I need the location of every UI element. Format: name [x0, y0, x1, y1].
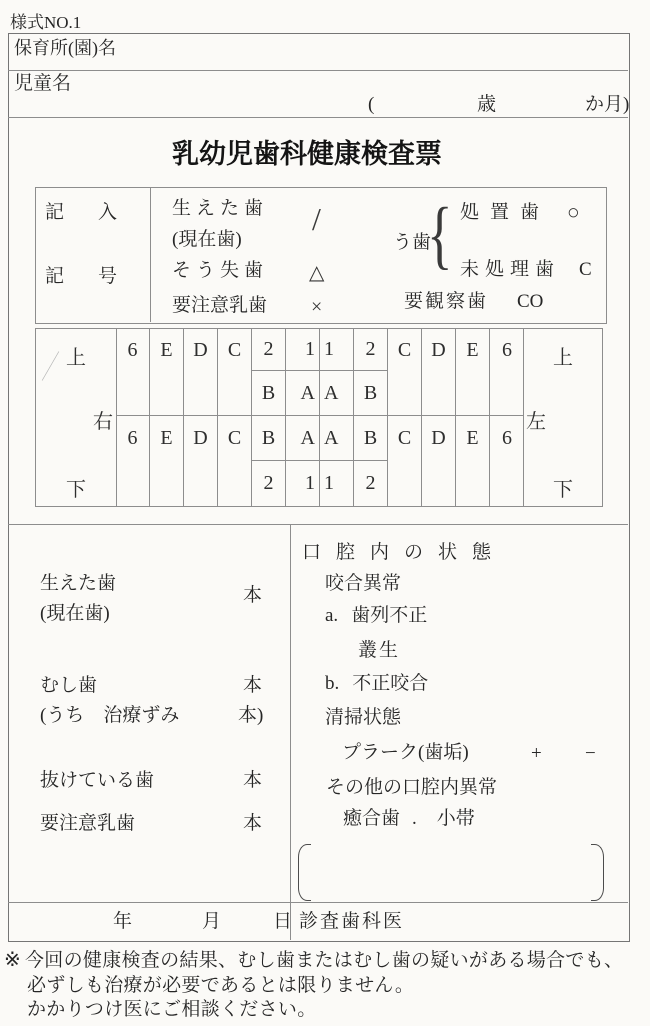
chart-left-labels: 上 右 下: [36, 329, 117, 506]
tooth-cell: 2: [252, 461, 286, 506]
oral-occlusion-label: 咬合異常: [325, 573, 401, 594]
tooth-cell-empty: [422, 371, 456, 415]
tooth-cell-empty: [116, 371, 150, 415]
dental-chart: 上 右 下 6 E D C 2 1 1 2 C D E 6 B A A B: [35, 328, 603, 507]
count-missing-unit: 本: [243, 770, 262, 791]
note-mark: ※: [4, 949, 21, 971]
tooth-cell: C: [218, 415, 252, 461]
oral-fused-line: 癒合歯.小帯: [343, 808, 475, 829]
tooth-cell: 1: [320, 461, 354, 506]
oral-item-b: b.不正咬合: [325, 673, 428, 694]
tooth-cell-empty: [150, 371, 184, 415]
legend-observe-label: 要観察歯: [404, 291, 488, 312]
tooth-cell-empty: [388, 461, 422, 506]
item-b-prefix: b.: [325, 673, 339, 694]
label-upper-right: 上: [553, 341, 573, 370]
frenulum-label: 小帯: [437, 808, 475, 829]
tooth-cell-empty: [490, 461, 524, 506]
tooth-cell-empty: [116, 461, 150, 506]
caries-brace-icon: {: [427, 197, 453, 273]
oral-status-title: 口腔内の状態: [302, 542, 506, 563]
tooth-cell-empty: [218, 371, 252, 415]
tooth-cell: A: [286, 415, 320, 461]
age-years-label: 歳: [477, 94, 496, 115]
legend-caution-label: 要注意乳歯: [172, 295, 267, 316]
count-decayed-label: むし歯: [40, 675, 97, 696]
label-lower-right: 下: [553, 473, 573, 502]
count-caution-unit: 本: [243, 813, 262, 834]
tooth-cell: 1: [286, 461, 320, 506]
label-upper-left: 上: [66, 341, 86, 370]
tooth-cell-empty: [150, 461, 184, 506]
count-decayed-unit: 本: [243, 675, 262, 696]
tooth-cell: 6: [490, 415, 524, 461]
tooth-cell-empty: [218, 461, 252, 506]
tooth-cell-empty: [422, 461, 456, 506]
count-treated-unit: 本): [238, 705, 263, 726]
scanned-dental-form: 様式NO.1 保育所(園)名 児童名 ( 歳 か月) 乳幼児歯科健康検査票 記入…: [0, 0, 650, 1026]
item-a-label: 歯列不正: [351, 605, 427, 626]
tooth-grid: 6 E D C 2 1 1 2 C D E 6 B A A B 6: [116, 329, 524, 506]
dentist-label: 診査歯科医: [299, 911, 404, 932]
legend-erupted-label2: (現在歯): [172, 229, 242, 250]
tooth-cell: C: [388, 415, 422, 461]
tooth-cell-empty: [184, 371, 218, 415]
count-erupted-label: 生えた歯: [40, 573, 116, 594]
legend-treated-label: 処置歯: [460, 202, 550, 223]
tooth-cell-empty: [184, 461, 218, 506]
divider-under-child: [8, 117, 628, 118]
note-bracket-left-icon: [298, 844, 311, 901]
tooth-cell: C: [388, 329, 422, 371]
legend-erupted-label: 生えた歯: [172, 198, 268, 219]
form-number: 様式NO.1: [10, 13, 81, 32]
lost-triangle-symbol: △: [309, 262, 324, 284]
day-label: 日: [273, 911, 292, 932]
tooth-cell: C: [218, 329, 252, 371]
divider-above-dateline: [8, 902, 628, 903]
note-line3: かかりつけ医にご相談ください。: [27, 999, 317, 1020]
divider-under-school: [8, 70, 628, 71]
legend-divider: [150, 187, 151, 322]
note-line2: 必ずしも治療が必要であるとは限りません。: [27, 975, 414, 996]
caution-x-symbol: ×: [311, 296, 322, 318]
age-months-label: か月): [585, 94, 629, 115]
item-b-label: 不正咬合: [352, 673, 428, 694]
plaque-plus-symbol: +: [531, 743, 542, 764]
count-erupted-unit: 本: [243, 585, 262, 606]
tooth-cell: E: [150, 415, 184, 461]
tooth-cell: B: [252, 415, 286, 461]
legend-untreated-label: 未処理歯: [460, 259, 560, 280]
fused-tooth-label: 癒合歯: [343, 808, 400, 829]
label-lower-left: 下: [66, 473, 86, 502]
tooth-cell: B: [354, 371, 388, 415]
tooth-cell: E: [150, 329, 184, 371]
tooth-cell: D: [184, 415, 218, 461]
oral-item-a: a.歯列不正: [325, 605, 427, 626]
separator-dot: .: [412, 808, 417, 829]
oral-plaque-label: プラーク(歯垢): [342, 742, 469, 763]
label-right-side: 右: [93, 405, 113, 434]
vertical-section-divider: [290, 524, 291, 940]
tooth-cell: D: [422, 329, 456, 371]
legend-caries-label: う歯: [393, 232, 431, 253]
corner-slash-mark: [42, 351, 60, 381]
tooth-cell-empty: [456, 371, 490, 415]
page-title: 乳幼児歯科健康検査票: [172, 139, 442, 169]
oral-other-label: その他の口腔内異常: [326, 777, 497, 798]
note-line1: 今回の健康検査の結果、むし歯またはむし歯の疑いがある場合でも、: [25, 950, 623, 971]
tooth-cell: 2: [354, 461, 388, 506]
section-divider: [8, 524, 628, 525]
tooth-cell: B: [354, 415, 388, 461]
tooth-cell: 6: [116, 329, 150, 371]
tooth-cell: 6: [490, 329, 524, 371]
note-bracket-right-icon: [591, 844, 604, 901]
tooth-cell: A: [320, 371, 354, 415]
tooth-cell: D: [184, 329, 218, 371]
count-caution-label: 要注意乳歯: [40, 813, 135, 834]
tooth-cell: 2: [252, 329, 286, 371]
legend-symbol-word: 記号: [45, 261, 117, 288]
treated-circle-symbol: ○: [567, 201, 580, 225]
oral-crowding-label: 叢生: [358, 640, 400, 661]
tooth-cell: D: [422, 415, 456, 461]
tooth-cell: 1: [286, 329, 320, 371]
tooth-cell: 1: [320, 329, 354, 371]
tooth-cell-empty: [388, 371, 422, 415]
tooth-cell: 2: [354, 329, 388, 371]
tooth-cell: E: [456, 329, 490, 371]
legend-entry-word: 記入: [45, 197, 117, 224]
oral-cleaning-label: 清掃状態: [325, 707, 401, 728]
tooth-cell: B: [252, 371, 286, 415]
erupted-slash-symbol: /: [312, 202, 321, 236]
legend-lost-label: そう失歯: [172, 260, 268, 281]
chart-right-labels: 上 左 下: [523, 329, 602, 506]
count-erupted-label2: (現在歯): [40, 603, 110, 624]
label-left-side: 左: [526, 405, 546, 434]
tooth-cell: A: [286, 371, 320, 415]
tooth-cell: E: [456, 415, 490, 461]
observe-co-symbol: CO: [517, 291, 543, 312]
count-treated-label: (うち 治療ずみ: [40, 705, 179, 726]
count-missing-label: 抜けている歯: [40, 770, 154, 791]
tooth-cell: 6: [116, 415, 150, 461]
item-a-prefix: a.: [325, 605, 338, 626]
tooth-cell-empty: [490, 371, 524, 415]
month-label: 月: [202, 911, 221, 932]
untreated-c-symbol: C: [579, 259, 592, 280]
plaque-minus-symbol: −: [585, 743, 596, 764]
tooth-cell: A: [320, 415, 354, 461]
tooth-cell-empty: [456, 461, 490, 506]
year-label: 年: [113, 911, 132, 932]
age-paren-open: (: [368, 94, 374, 115]
school-name-label: 保育所(園)名: [14, 38, 116, 58]
child-name-label: 児童名: [14, 73, 71, 94]
